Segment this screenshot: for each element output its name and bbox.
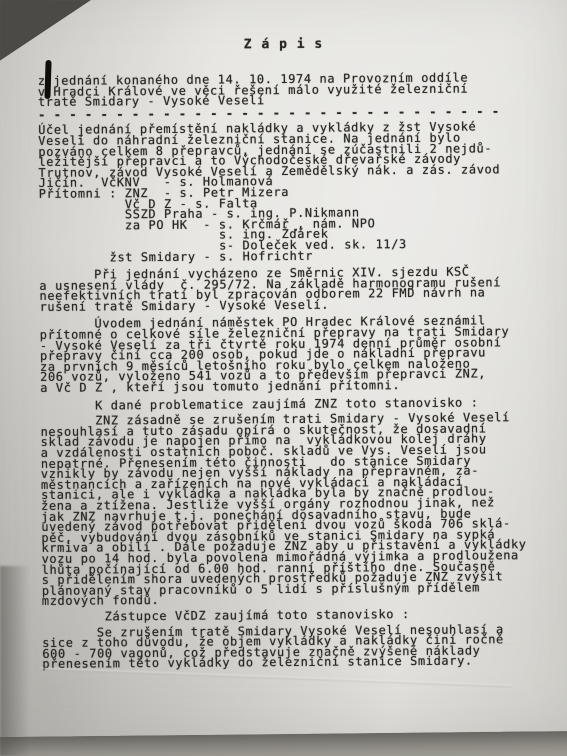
paper-edge-shadow	[0, 566, 30, 756]
document-page: Z á p i s z jednání konaného dne 14. 10.…	[0, 0, 567, 737]
intro-paragraph: z jednání konaného dne 14. 10. 1974 na P…	[38, 72, 530, 108]
dashed-divider: - - - - - - - - - - - - - - - - - - - - …	[38, 106, 530, 120]
ink-stroke-mark	[44, 60, 51, 99]
overview-paragraph: Úvodem jednání náměstek PO Hradec Králov…	[40, 316, 533, 394]
document-text: Z á p i s z jednání konaného dne 14. 10.…	[37, 36, 534, 670]
photo-background: Z á p i s z jednání konaného dne 14. 10.…	[0, 0, 567, 756]
vcdz-heading: Zástupce VčDZ zaujímá toto stanovisko :	[42, 608, 534, 622]
attendees-list: Jičín. VčKNV - s. Holmanová Přítomni : Z…	[39, 174, 532, 263]
znz-heading: K dané problematice zaujímá ZNZ toto sta…	[40, 397, 532, 411]
directives-paragraph: Při jednání vycházeno ze Směrnic XIV. sj…	[39, 266, 531, 312]
document-title: Z á p i s	[37, 36, 529, 54]
purpose-paragraph: Účel jednání přemístění nakládky a vyklá…	[38, 121, 530, 178]
znz-statement: ZNZ zásadně se zrušením trati Smidary - …	[40, 412, 533, 607]
